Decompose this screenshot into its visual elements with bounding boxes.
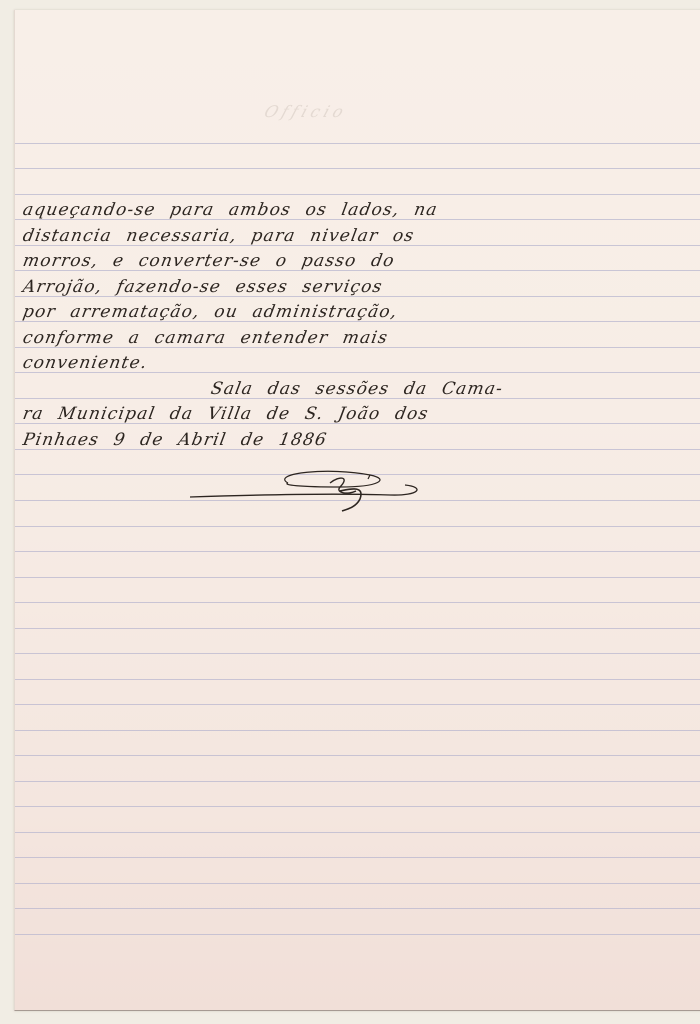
ruled-line xyxy=(15,730,700,731)
ruled-line xyxy=(15,704,700,705)
ruled-line xyxy=(15,577,700,578)
ruled-line xyxy=(15,526,700,527)
ruled-line xyxy=(15,602,700,603)
ruled-line xyxy=(15,832,700,833)
ruled-line xyxy=(15,143,700,144)
signature xyxy=(190,465,430,515)
ruled-line xyxy=(15,883,700,884)
ruled-line xyxy=(15,908,700,909)
ruled-line xyxy=(15,628,700,629)
ruled-line xyxy=(15,857,700,858)
ruled-line xyxy=(15,679,700,680)
ruled-line xyxy=(15,194,700,195)
body-line-6: conforme a camara entender mais xyxy=(21,328,390,348)
body-line-4: Arrojão, fazendo-se esses serviços xyxy=(21,277,384,297)
body-line-7: conveniente. xyxy=(21,353,149,373)
body-line-1: aqueçando-se para ambos os lados, na xyxy=(21,200,439,220)
manuscript-page: Officio aqueçando-se para ambos os lados… xyxy=(14,10,700,1011)
closing-line-3: Pinhaes 9 de Abril de 1886 xyxy=(21,430,329,450)
ruled-line xyxy=(15,934,700,935)
body-line-2: distancia necessaria, para nivelar os xyxy=(21,226,416,246)
ruled-line xyxy=(15,168,700,169)
ruled-line xyxy=(15,781,700,782)
ruled-line xyxy=(15,806,700,807)
ruled-line xyxy=(15,755,700,756)
closing-line-1: Sala das sessões da Cama- xyxy=(209,379,505,399)
ruled-line xyxy=(15,551,700,552)
closing-line-2: ra Municipal da Villa de S. João dos xyxy=(21,404,430,424)
bleed-through-text: Officio xyxy=(262,102,350,121)
scan-background: Officio aqueçando-se para ambos os lados… xyxy=(0,0,700,1024)
ruled-line xyxy=(15,653,700,654)
body-line-3: morros, e converter-se o passo do xyxy=(21,251,396,271)
body-line-5: por arrematação, ou administração, xyxy=(21,302,399,322)
